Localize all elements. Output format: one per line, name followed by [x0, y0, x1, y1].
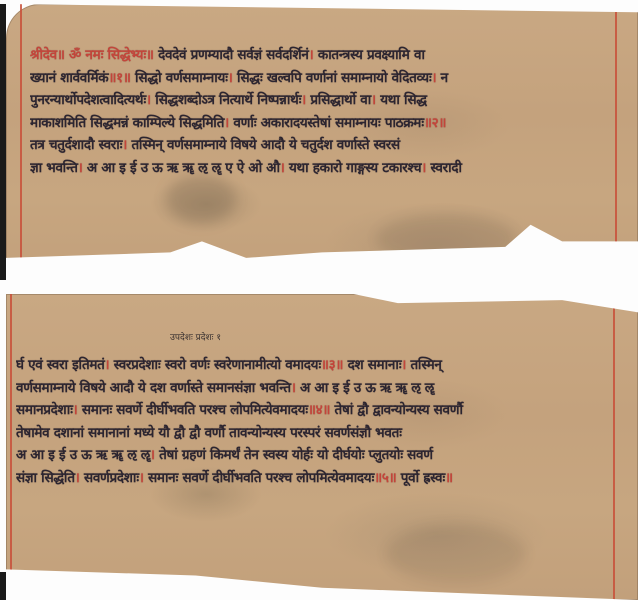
text-segment: तस्मिन् [406, 357, 442, 373]
text-segment: वर्णाः अकारादयस्तेषां समाम्नायः पाठक्रमः [229, 115, 424, 131]
text-segment: माकाशमिति सिद्धमन्नं काम्पिल्ये सिद्धमित… [30, 115, 224, 131]
manuscript-line: श्रीदेव॥ ॐ नमः सिद्धेभ्यः॥ देवदेवं प्रणम… [30, 44, 608, 67]
rubric-segment: ॥ [445, 470, 453, 486]
text-segment: ख्यानं शार्ववर्मिकं [30, 70, 108, 86]
text-segment: पुनरन्यार्थोपदेशत्वादित्यर्थः [30, 92, 146, 108]
manuscript-line: ज्ञा भवन्ति। अ आ इ ई उ ऊ ऋ ॠ ऌ ॡ ए ऐ ओ औ… [30, 157, 608, 180]
text-segment: स्वरादी [426, 160, 462, 176]
manuscript-folio-top: श्रीदेव॥ ॐ नमः सिद्धेभ्यः॥ देवदेवं प्रणम… [6, 4, 638, 280]
left-margin-rule [20, 4, 22, 280]
text-segment: यथा हकारो गाङ्गस्य टकारश्च [285, 160, 422, 176]
right-margin-rule [613, 294, 615, 600]
text-segment: न [436, 70, 448, 86]
manuscript-line: अ आ इ ई उ ऊ ऋ ॠ ऌ ॡ। तेषां ग्रहणं किमर्थ… [16, 444, 608, 467]
text-segment: प्रसिद्धार्थो वा [306, 92, 371, 108]
water-stain [386, 524, 526, 584]
manuscript-line: समानप्रदेशाः। समानः सवर्णे दीर्घीभवति पर… [16, 399, 608, 422]
text-segment: तत्र चतुर्दशादौ स्वराः [30, 137, 122, 153]
manuscript-line: संज्ञा सिद्धेति। सवर्णप्रदेशाः। समानः सव… [16, 467, 608, 490]
text-segment: सिद्धः खल्वपि वर्णानां समाम्नायो वेदितव्… [233, 70, 432, 86]
right-margin-rule [615, 4, 617, 280]
manuscript-line: वर्णसमाम्नाये विषये आदौ ये दश वर्णास्ते … [16, 377, 608, 400]
text-segment: स्वरप्रदेशाः स्वरो वर्णः स्वरेणानामीत्यो… [109, 357, 321, 373]
text-segment: र्घ एवं स्वरा इतिमतं [16, 357, 105, 373]
folio-top-text: श्रीदेव॥ ॐ नमः सिद्धेभ्यः॥ देवदेवं प्रणम… [30, 44, 608, 179]
text-segment: ज्ञा भवन्ति [30, 160, 78, 176]
manuscript-line: पुनरन्यार्थोपदेशत्वादित्यर्थः। सिद्धशब्द… [30, 89, 608, 112]
text-segment: अ आ इ ई उ ऊ ऋ ॠ ऌ ॡ [16, 447, 150, 463]
rubric-segment: ॥३॥ [321, 357, 343, 373]
water-stain [166, 174, 236, 224]
manuscript-line: तत्र चतुर्दशादौ स्वराः। तस्मिन् वर्णसमाम… [30, 134, 608, 157]
text-segment: संज्ञा सिद्धेति [16, 470, 75, 486]
manuscript-line: माकाशमिति सिद्धमन्नं काम्पिल्ये सिद्धमित… [30, 112, 608, 135]
water-stain [376, 214, 516, 264]
rubric-segment: ॥४॥ [308, 402, 330, 418]
folio-header-note: उपदेशः प्रदेशः १ [170, 330, 221, 343]
text-segment: देवदेवं प्रणम्यादौ सर्वज्ञं सर्वदर्शिनं [154, 47, 309, 63]
text-segment: समानः सवर्णे दीर्घीभवति परश्च लोपमित्येव… [144, 470, 374, 486]
rubric-segment: ॥५॥ [374, 470, 396, 486]
text-segment: यथा सिद्ध [376, 92, 427, 108]
manuscript-folio-bottom: उपदेशः प्रदेशः १ र्घ एवं स्वरा इतिमतं। स… [6, 294, 638, 600]
text-segment: तेषामेव दशानां समानानां मध्ये यौ द्वौ द्… [16, 425, 402, 441]
scan-edge-bottom [0, 572, 6, 600]
text-segment: अ आ इ ई उ ऊ ऋ ॠ ऌ ॡ [296, 380, 434, 396]
scan-edge-top [0, 4, 6, 280]
manuscript-line: तेषामेव दशानां समानानां मध्ये यौ द्वौ द्… [16, 422, 608, 445]
text-segment: वर्णसमाम्नाये विषये आदौ ये दश वर्णास्ते … [16, 380, 291, 396]
text-segment: तस्मिन् वर्णसमाम्नाये विषये आदौ ये चतुर्… [127, 137, 400, 153]
manuscript-line: ख्यानं शार्ववर्मिकं॥१॥ सिद्धो वर्णसमाम्न… [30, 67, 608, 90]
text-segment: पूर्वो ह्रस्वः [396, 470, 445, 486]
text-segment: समानः सवर्णे दीर्घीभवति परश्च लोपमित्येव… [77, 402, 307, 418]
text-segment: कातन्त्रस्य प्रवक्ष्यामि वा [313, 47, 424, 63]
rubric-segment: श्रीदेव॥ ॐ नमः सिद्धेभ्यः॥ [30, 47, 154, 63]
text-segment: सिद्धशब्दोऽत्र नित्यार्थे निष्पन्नार्थः [151, 92, 301, 108]
rubric-segment: ॥२॥ [424, 115, 446, 131]
rubric-segment: ॥१॥ [108, 70, 130, 86]
text-segment: सवर्णप्रदेशाः [80, 470, 139, 486]
text-segment: तेषां ग्रहणं किमर्थं तेन स्वस्य योर्हः य… [155, 447, 433, 463]
text-segment: तेषां द्वौ द्वावन्योन्यस्य सवर्णौ [330, 402, 463, 418]
folio-bottom-text: र्घ एवं स्वरा इतिमतं। स्वरप्रदेशाः स्वरो… [16, 354, 608, 489]
text-segment: समानप्रदेशाः [16, 402, 73, 418]
left-margin-rule [10, 294, 12, 600]
manuscript-line: र्घ एवं स्वरा इतिमतं। स्वरप्रदेशाः स्वरो… [16, 354, 608, 377]
text-segment: दश समानाः [343, 357, 401, 373]
text-segment: सिद्धो वर्णसमाम्नायः [131, 70, 228, 86]
text-segment: अ आ इ ई उ ऊ ऋ ॠ ऌ ॡ ए ऐ ओ औ [83, 160, 280, 176]
